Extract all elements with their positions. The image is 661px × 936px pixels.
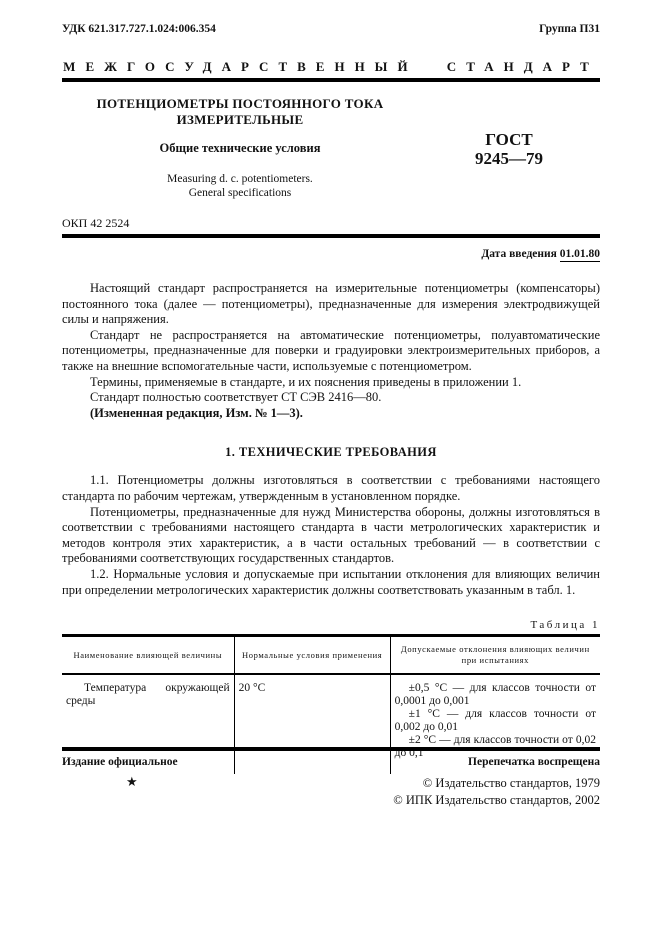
section-paragraph: Потенциометры, предназначенные для нужд … [62,505,600,567]
document-title-line2: ИЗМЕРИТЕЛЬНЫЕ [62,112,418,128]
gost-label: ГОСТ [418,130,600,149]
star-icon: ★ [126,775,138,789]
document-title-english-line2: General specifications [62,186,418,200]
document-title-english-line1: Measuring d. c. potentiometers. [62,172,418,186]
section-paragraph: 1.2. Нормальные условия и допускаемые пр… [62,567,600,598]
reprint-prohibited-label: Перепечатка воспрещена [468,756,600,768]
intro-paragraph: Термины, применяемые в стандарте, и их п… [62,375,600,391]
influencing-quantity-text: Температура окружающей среды [66,682,230,708]
page-footer: Издание официальное Перепечатка воспреще… [62,747,600,808]
intro-paragraph: Настоящий стандарт распространяется на и… [62,281,600,328]
title-block-left: ПОТЕНЦИОМЕТРЫ ПОСТОЯННОГО ТОКА ИЗМЕРИТЕЛ… [62,96,418,200]
column-header-name: Наименование влияющей величины [62,636,234,675]
document-title-english: Measuring d. c. potentiometers. General … [62,172,418,200]
group-label: Группа П31 [539,23,600,35]
copyright-line: © Издательство стандартов, 1979 [393,775,600,792]
section-heading: 1. ТЕХНИЧЕСКИЕ ТРЕБОВАНИЯ [62,445,600,460]
effective-date-line: Дата введения 01.01.80 [62,248,600,260]
title-block: ПОТЕНЦИОМЕТРЫ ПОСТОЯННОГО ТОКА ИЗМЕРИТЕЛ… [62,96,600,200]
header-rule [62,234,600,238]
effective-date-label: Дата введения [481,248,557,260]
gost-designation: ГОСТ 9245—79 [418,130,600,168]
okp-number: ОКП 42 2524 [62,216,600,231]
title-block-right: ГОСТ 9245—79 [418,96,600,200]
column-header-deviations: Допускаемые отклонения влияющих величин … [390,636,600,675]
standard-type-banner: МЕЖГОСУДАРСТВЕННЫЙ СТАНДАРТ [62,59,600,75]
intro-paragraph: Стандарт не распространяется на автомати… [62,328,600,375]
banner-rule [62,78,600,82]
copyright-block: © Издательство стандартов, 1979 © ИПК Из… [393,775,600,808]
table-caption: Таблица 1 [62,619,600,631]
table-head: Наименование влияющей величины Нормальны… [62,636,600,675]
page-content: УДК 621.317.727.1.024:006.354 Группа П31… [0,0,661,774]
amendment-note: (Измененная редакция, Изм. № 1—3). [62,406,600,422]
intro-paragraph: Стандарт полностью соответствует СТ СЭВ … [62,390,600,406]
section-paragraph: 1.1. Потенциометры должны изготовляться … [62,473,600,504]
column-header-normal-conditions: Нормальные условия применения [234,636,390,675]
classification-row: УДК 621.317.727.1.024:006.354 Группа П31 [62,23,600,35]
effective-date-value: 01.01.80 [560,248,600,262]
document-title: ПОТЕНЦИОМЕТРЫ ПОСТОЯННОГО ТОКА ИЗМЕРИТЕЛ… [62,96,418,127]
copyright-line: © ИПК Издательство стандартов, 2002 [393,792,600,809]
deviation-item: ±0,5 °С — для классов точности от 0,0001… [395,682,596,708]
introduction: Настоящий стандарт распространяется на и… [62,281,600,421]
document-page: УДК 621.317.727.1.024:006.354 Группа П31… [0,0,661,936]
footer-notice-row: Издание официальное Перепечатка воспреще… [62,756,600,768]
table-header-row: Наименование влияющей величины Нормальны… [62,636,600,675]
udk-number: УДК 621.317.727.1.024:006.354 [62,23,216,35]
document-subtitle: Общие технические условия [62,141,418,156]
section-body: 1.1. Потенциометры должны изготовляться … [62,473,600,598]
official-edition-label: Издание официальное [62,756,178,768]
deviation-item: ±1 °С — для классов точности от 0,002 до… [395,708,596,734]
document-title-line1: ПОТЕНЦИОМЕТРЫ ПОСТОЯННОГО ТОКА [62,96,418,112]
footer-rule [62,747,600,751]
gost-number: 9245—79 [418,149,600,168]
footer-bottom-row: ★ © Издательство стандартов, 1979 © ИПК … [62,775,600,808]
